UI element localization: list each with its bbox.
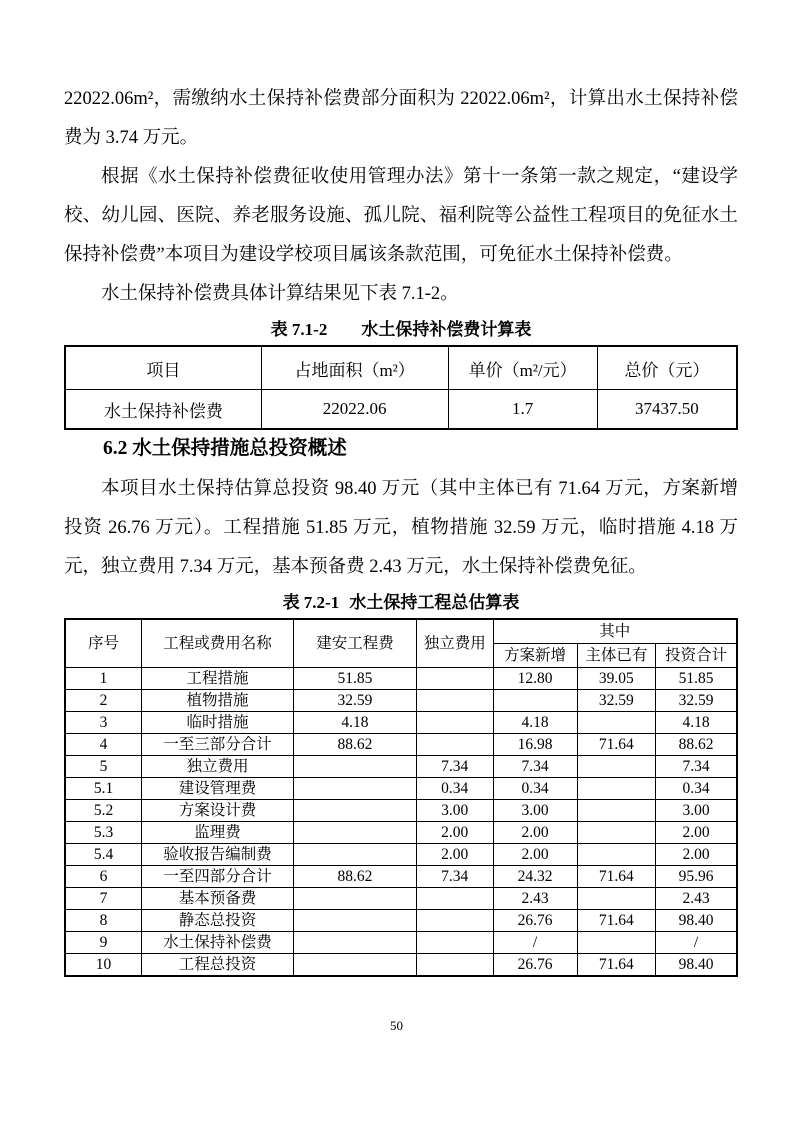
table-cell-name: 验收报告编制费 [142, 844, 294, 866]
table-cell-construction-cost: 88.62 [293, 734, 416, 756]
table-cell-index: 1 [65, 668, 142, 690]
table-cell-plan-new: 12.80 [493, 668, 577, 690]
table-cell-construction-cost [293, 932, 416, 954]
table-cell-name: 工程总投资 [142, 954, 294, 977]
t1-header-total-price: 总价（元） [597, 346, 737, 390]
table-cell-investment-total: 2.43 [656, 888, 737, 910]
table-cell-unit-price: 1.7 [448, 390, 597, 430]
table-cell-main-existing [577, 822, 656, 844]
paragraph-continuation: 22022.06m²，需缴纳水土保持补偿费部分面积为 22022.06m²，计算… [64, 80, 738, 158]
table-cell-independent-cost [416, 932, 493, 954]
table-cell-main-existing: 71.64 [577, 734, 656, 756]
table-cell-investment-total: 95.96 [656, 866, 737, 888]
table-cell-plan-new: 2.00 [493, 844, 577, 866]
t1-header-area: 占地面积（m²） [261, 346, 448, 390]
table-cell-construction-cost [293, 800, 416, 822]
table-row: 3 临时措施 4.18 4.18 4.18 [65, 712, 737, 734]
table-cell-construction-cost [293, 822, 416, 844]
table-cell-name: 工程措施 [142, 668, 294, 690]
table-cell-independent-cost: 2.00 [416, 844, 493, 866]
t2-header-among: 其中 [493, 619, 737, 644]
table-cell-index: 7 [65, 888, 142, 910]
table-cell-plan-new: 3.00 [493, 800, 577, 822]
table-cell-name: 建设管理费 [142, 778, 294, 800]
table-cell-construction-cost: 32.59 [293, 690, 416, 712]
table-cell-name: 基本预备费 [142, 888, 294, 910]
table-cell-name: 方案设计费 [142, 800, 294, 822]
paragraph-regulation: 根据《水土保持补偿费征收使用管理办法》第十一条第一款之规定，“建设学校、幼儿园、… [64, 158, 738, 275]
table-header-row: 序号 工程或费用名称 建安工程费 独立费用 其中 [65, 619, 737, 644]
table-cell-investment-total: 3.00 [656, 800, 737, 822]
t2-header-plan-new: 方案新增 [493, 644, 577, 668]
t2-header-investment-total: 投资合计 [656, 644, 737, 668]
table-cell-index: 5.2 [65, 800, 142, 822]
table-cell-plan-new [493, 690, 577, 712]
table-cell-name: 临时措施 [142, 712, 294, 734]
table-cell-investment-total: 51.85 [656, 668, 737, 690]
table-cell-index: 10 [65, 954, 142, 977]
table-cell-construction-cost [293, 954, 416, 977]
table-cell-item: 水土保持补偿费 [65, 390, 261, 430]
table-row: 5.1 建设管理费 0.34 0.34 0.34 [65, 778, 737, 800]
table-cell-name: 静态总投资 [142, 910, 294, 932]
table-cell-plan-new: / [493, 932, 577, 954]
table-cell-investment-total: 98.40 [656, 910, 737, 932]
table-cell-independent-cost: 3.00 [416, 800, 493, 822]
table-cell-investment-total: 32.59 [656, 690, 737, 712]
table1-caption-label: 表 7.1-2 [271, 320, 328, 339]
t1-header-item: 项目 [65, 346, 261, 390]
table-cell-investment-total: / [656, 932, 737, 954]
table-cell-plan-new: 16.98 [493, 734, 577, 756]
t2-header-independent-cost: 独立费用 [416, 619, 493, 668]
t2-header-index: 序号 [65, 619, 142, 668]
table-cell-independent-cost [416, 668, 493, 690]
page-number: 50 [0, 1018, 793, 1034]
t2-body: 1 工程措施 51.85 12.80 39.05 51.85 2 植物措施 32… [65, 668, 737, 977]
table-cell-main-existing [577, 844, 656, 866]
table-cell-name: 独立费用 [142, 756, 294, 778]
table-row: 8 静态总投资 26.76 71.64 98.40 [65, 910, 737, 932]
table-row: 7 基本预备费 2.43 2.43 [65, 888, 737, 910]
table1-caption-title: 水土保持补偿费计算表 [361, 320, 531, 339]
t2-header-construction-cost: 建安工程费 [293, 619, 416, 668]
table-cell-investment-total: 4.18 [656, 712, 737, 734]
table-cell-index: 4 [65, 734, 142, 756]
table-cell-independent-cost [416, 712, 493, 734]
table-cell-name: 监理费 [142, 822, 294, 844]
table-cell-main-existing [577, 800, 656, 822]
total-estimate-table: 序号 工程或费用名称 建安工程费 独立费用 其中 方案新增 主体已有 投资合计 … [64, 618, 738, 977]
table-cell-main-existing [577, 932, 656, 954]
table-cell-construction-cost: 88.62 [293, 866, 416, 888]
table-cell-index: 8 [65, 910, 142, 932]
table-cell-main-existing: 71.64 [577, 910, 656, 932]
t1-body: 水土保持补偿费 22022.06 1.7 37437.50 [65, 390, 737, 430]
table-cell-index: 5.4 [65, 844, 142, 866]
table-cell-plan-new: 2.43 [493, 888, 577, 910]
table-row: 4 一至三部分合计 88.62 16.98 71.64 88.62 [65, 734, 737, 756]
table-row: 5.2 方案设计费 3.00 3.00 3.00 [65, 800, 737, 822]
paragraph-table-reference: 水土保持补偿费具体计算结果见下表 7.1-2。 [64, 275, 738, 314]
table-cell-plan-new: 24.32 [493, 866, 577, 888]
t2-header-name: 工程或费用名称 [142, 619, 294, 668]
table-cell-construction-cost [293, 756, 416, 778]
table-cell-index: 9 [65, 932, 142, 954]
table-cell-main-existing [577, 888, 656, 910]
table-cell-independent-cost [416, 910, 493, 932]
table-cell-plan-new: 0.34 [493, 778, 577, 800]
table2-caption-title: 水土保持工程总估算表 [349, 593, 519, 612]
table-row: 5.4 验收报告编制费 2.00 2.00 2.00 [65, 844, 737, 866]
section-heading: 6.2 水土保持措施总投资概述 [64, 436, 738, 462]
table2-caption-label: 表 7.2-1 [283, 593, 340, 612]
table-cell-independent-cost [416, 734, 493, 756]
table-cell-index: 5 [65, 756, 142, 778]
table-cell-independent-cost [416, 954, 493, 977]
table2-caption: 表 7.2-1水土保持工程总估算表 [64, 591, 738, 615]
document-page: 22022.06m²，需缴纳水土保持补偿费部分面积为 22022.06m²，计算… [0, 0, 793, 1122]
table-cell-plan-new: 26.76 [493, 954, 577, 977]
table-row: 9 水土保持补偿费 / / [65, 932, 737, 954]
table-cell-index: 5.1 [65, 778, 142, 800]
table-row: 2 植物措施 32.59 32.59 32.59 [65, 690, 737, 712]
table-cell-construction-cost [293, 888, 416, 910]
t2-header-main-existing: 主体已有 [577, 644, 656, 668]
t1-header-unit-price: 单价（m²/元） [448, 346, 597, 390]
table-cell-independent-cost: 0.34 [416, 778, 493, 800]
table-cell-investment-total: 98.40 [656, 954, 737, 977]
table-cell-main-existing [577, 778, 656, 800]
table-cell-plan-new: 7.34 [493, 756, 577, 778]
table-cell-name: 一至四部分合计 [142, 866, 294, 888]
table-cell-name: 一至三部分合计 [142, 734, 294, 756]
table-cell-investment-total: 2.00 [656, 844, 737, 866]
table-row: 1 工程措施 51.85 12.80 39.05 51.85 [65, 668, 737, 690]
table-cell-main-existing: 32.59 [577, 690, 656, 712]
table-row: 5.3 监理费 2.00 2.00 2.00 [65, 822, 737, 844]
table-cell-main-existing: 71.64 [577, 954, 656, 977]
table-cell-construction-cost: 51.85 [293, 668, 416, 690]
table-cell-independent-cost [416, 690, 493, 712]
table-row: 6 一至四部分合计 88.62 7.34 24.32 71.64 95.96 [65, 866, 737, 888]
table-cell-plan-new: 26.76 [493, 910, 577, 932]
table-row: 水土保持补偿费 22022.06 1.7 37437.50 [65, 390, 737, 430]
table-cell-area: 22022.06 [261, 390, 448, 430]
table-cell-investment-total: 7.34 [656, 756, 737, 778]
table-cell-plan-new: 4.18 [493, 712, 577, 734]
table-cell-index: 3 [65, 712, 142, 734]
table-cell-main-existing [577, 712, 656, 734]
table-cell-investment-total: 88.62 [656, 734, 737, 756]
table-cell-main-existing [577, 756, 656, 778]
table-header-row: 项目 占地面积（m²） 单价（m²/元） 总价（元） [65, 346, 737, 390]
table-cell-construction-cost [293, 910, 416, 932]
table-cell-investment-total: 0.34 [656, 778, 737, 800]
table-cell-plan-new: 2.00 [493, 822, 577, 844]
compensation-fee-table: 项目 占地面积（m²） 单价（m²/元） 总价（元） 水土保持补偿费 22022… [64, 345, 738, 430]
table1-caption: 表 7.1-2水土保持补偿费计算表 [64, 318, 738, 342]
table-cell-total-price: 37437.50 [597, 390, 737, 430]
table-cell-construction-cost [293, 778, 416, 800]
table-cell-construction-cost [293, 844, 416, 866]
table-cell-investment-total: 2.00 [656, 822, 737, 844]
table-cell-index: 2 [65, 690, 142, 712]
table-cell-name: 植物措施 [142, 690, 294, 712]
paragraph-investment-summary: 本项目水土保持估算总投资 98.40 万元（其中主体已有 71.64 万元，方案… [64, 470, 738, 587]
table-cell-index: 6 [65, 866, 142, 888]
table-cell-construction-cost: 4.18 [293, 712, 416, 734]
table-cell-independent-cost: 2.00 [416, 822, 493, 844]
table-cell-independent-cost: 7.34 [416, 866, 493, 888]
table-cell-main-existing: 71.64 [577, 866, 656, 888]
table-cell-main-existing: 39.05 [577, 668, 656, 690]
table-row: 5 独立费用 7.34 7.34 7.34 [65, 756, 737, 778]
table-cell-index: 5.3 [65, 822, 142, 844]
table-row: 10 工程总投资 26.76 71.64 98.40 [65, 954, 737, 977]
table-cell-name: 水土保持补偿费 [142, 932, 294, 954]
table-cell-independent-cost: 7.34 [416, 756, 493, 778]
table-cell-independent-cost [416, 888, 493, 910]
